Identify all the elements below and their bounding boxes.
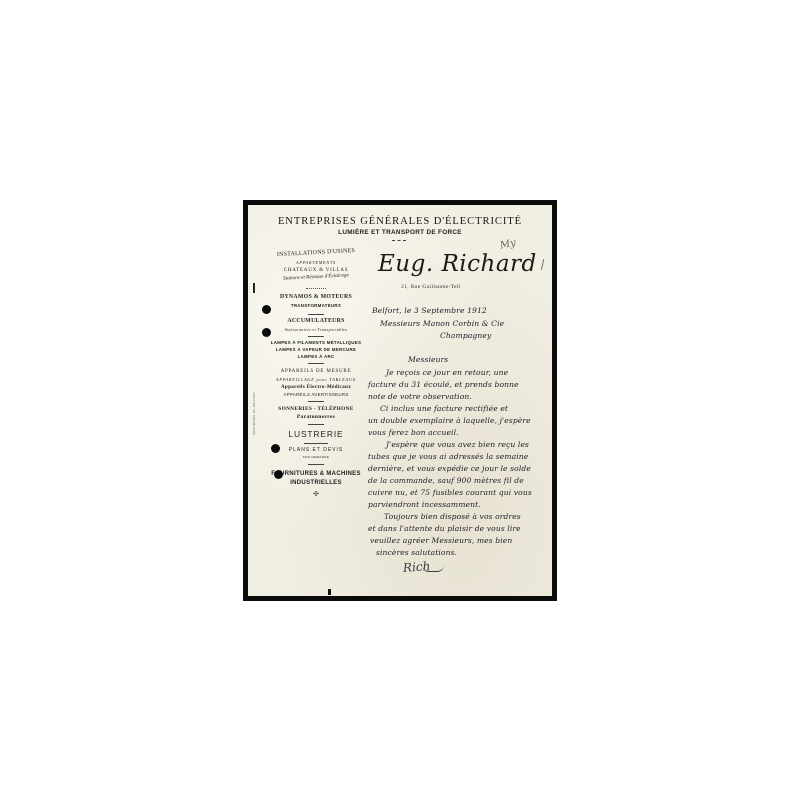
letter-line: parviendront incessamment. [368,500,481,509]
letter-line: Je reçois ce jour en retour, une [386,368,508,377]
letter-line: J'espère que vous avez bien reçu les [386,440,529,449]
service-line: Paratonnerres [250,415,382,421]
punch-hole [274,470,283,479]
punch-hole [262,305,271,314]
letter-line: cuivre nu, et 75 fusibles courant qui vo… [368,488,532,497]
service-line: Appareils Électro-Médicaux [250,385,382,390]
letter-line: facture du 31 écoulé, et prends bonne [368,380,519,389]
letter-line: vous ferez bon accueil. [368,428,459,437]
service-line: APPAREILS AVERTISSEURS [250,393,382,397]
service-line: DYNAMOS & MOTEURS [250,295,382,301]
service-line: PLANS ET DEVIS [250,448,382,453]
ornament-divider [308,336,324,338]
brand-name: Eug. Richard [378,251,537,277]
ornament-divider [306,288,326,290]
letter-line: note de votre observation. [368,392,472,401]
service-line: FOURNITURES & MACHINES [250,471,382,477]
service-line: Stations et Réseaux d'Éclairage [250,272,382,284]
service-line: APPARTEMENTS [250,261,382,265]
ornament-divider [304,443,328,445]
service-line: INDUSTRIELLES [250,480,382,486]
letter-salutation: Messieurs [408,355,448,364]
ornament-divider [308,424,324,426]
letter-dateline: Belfort, le 3 Septembre 1912 [372,306,487,315]
service-line: LAMPES À ARC [250,355,382,359]
service-line: ACCUMULATEURS [250,319,382,325]
ornament-divider [308,401,324,403]
punch-hole [271,444,280,453]
letter-line: Toujours bien disposé à vos ordres [384,512,521,521]
company-subtitle: LUMIÈRE ET TRANSPORT DE FORCE [248,229,552,236]
company-title: ENTREPRISES GÉNÉRALES D'ÉLECTRICITÉ [248,216,552,227]
ornament-divider [308,363,324,365]
letter-line: et dans l'attente du plaisir de vous lir… [368,524,521,533]
letter-line: veuillez agréer Messieurs, mes bien [370,536,512,545]
signature-flourish [422,565,444,572]
company-address: 21, Rue Guillaume-Tell [401,284,461,290]
letter-line: tubes que je vous ai adressés la semaine [368,452,528,461]
service-line: INSTALLATIONS D'USINES [250,247,382,260]
letter-paper: ENTREPRISES GÉNÉRALES D'ÉLECTRICITÉ LUMI… [248,205,552,596]
letter-line: de la commande, sauf 900 mètres fil de [368,476,524,485]
service-line: APPAREILLAGE pour TABLEAUX [250,378,382,382]
letter-line: sincères salutations. [376,548,457,557]
cross-ornament: ✣ [250,490,382,498]
service-line: SUR DEMANDE [250,456,382,459]
letter-line: dernière, et vous expédie ce jour le sol… [368,464,531,473]
edge-mark [253,283,255,293]
service-line: LAMPES À FILAMENTS MÉTALLIQUES [250,341,382,345]
margin-annotation: My [499,237,517,251]
letter-recipient: Messieurs Manon Corbin & Cie [380,319,504,328]
letter-line: Ci inclus une facture rectifiée et [380,404,508,413]
service-line-lustrerie: LUSTRERIE [250,430,382,438]
letter-recipient-place: Champagney [440,331,491,340]
service-line: APPAREILS DE MESURE [250,369,382,374]
ornament-divider [308,464,324,466]
ornament-divider [308,314,324,316]
header-ornament [392,240,406,242]
printer-mark: IMPRIMERIE DE BELFORT [252,391,256,435]
punch-hole [262,328,271,337]
service-line: SONNERIES - TÉLÉPHONE [250,407,382,412]
service-line: LAMPES À VAPEUR DE MERCURE [250,348,382,352]
letter-line: un double exemplaire à laquelle, j'espèr… [368,416,531,425]
margin-annotation-stroke [541,259,544,270]
paper-tear [328,589,331,595]
